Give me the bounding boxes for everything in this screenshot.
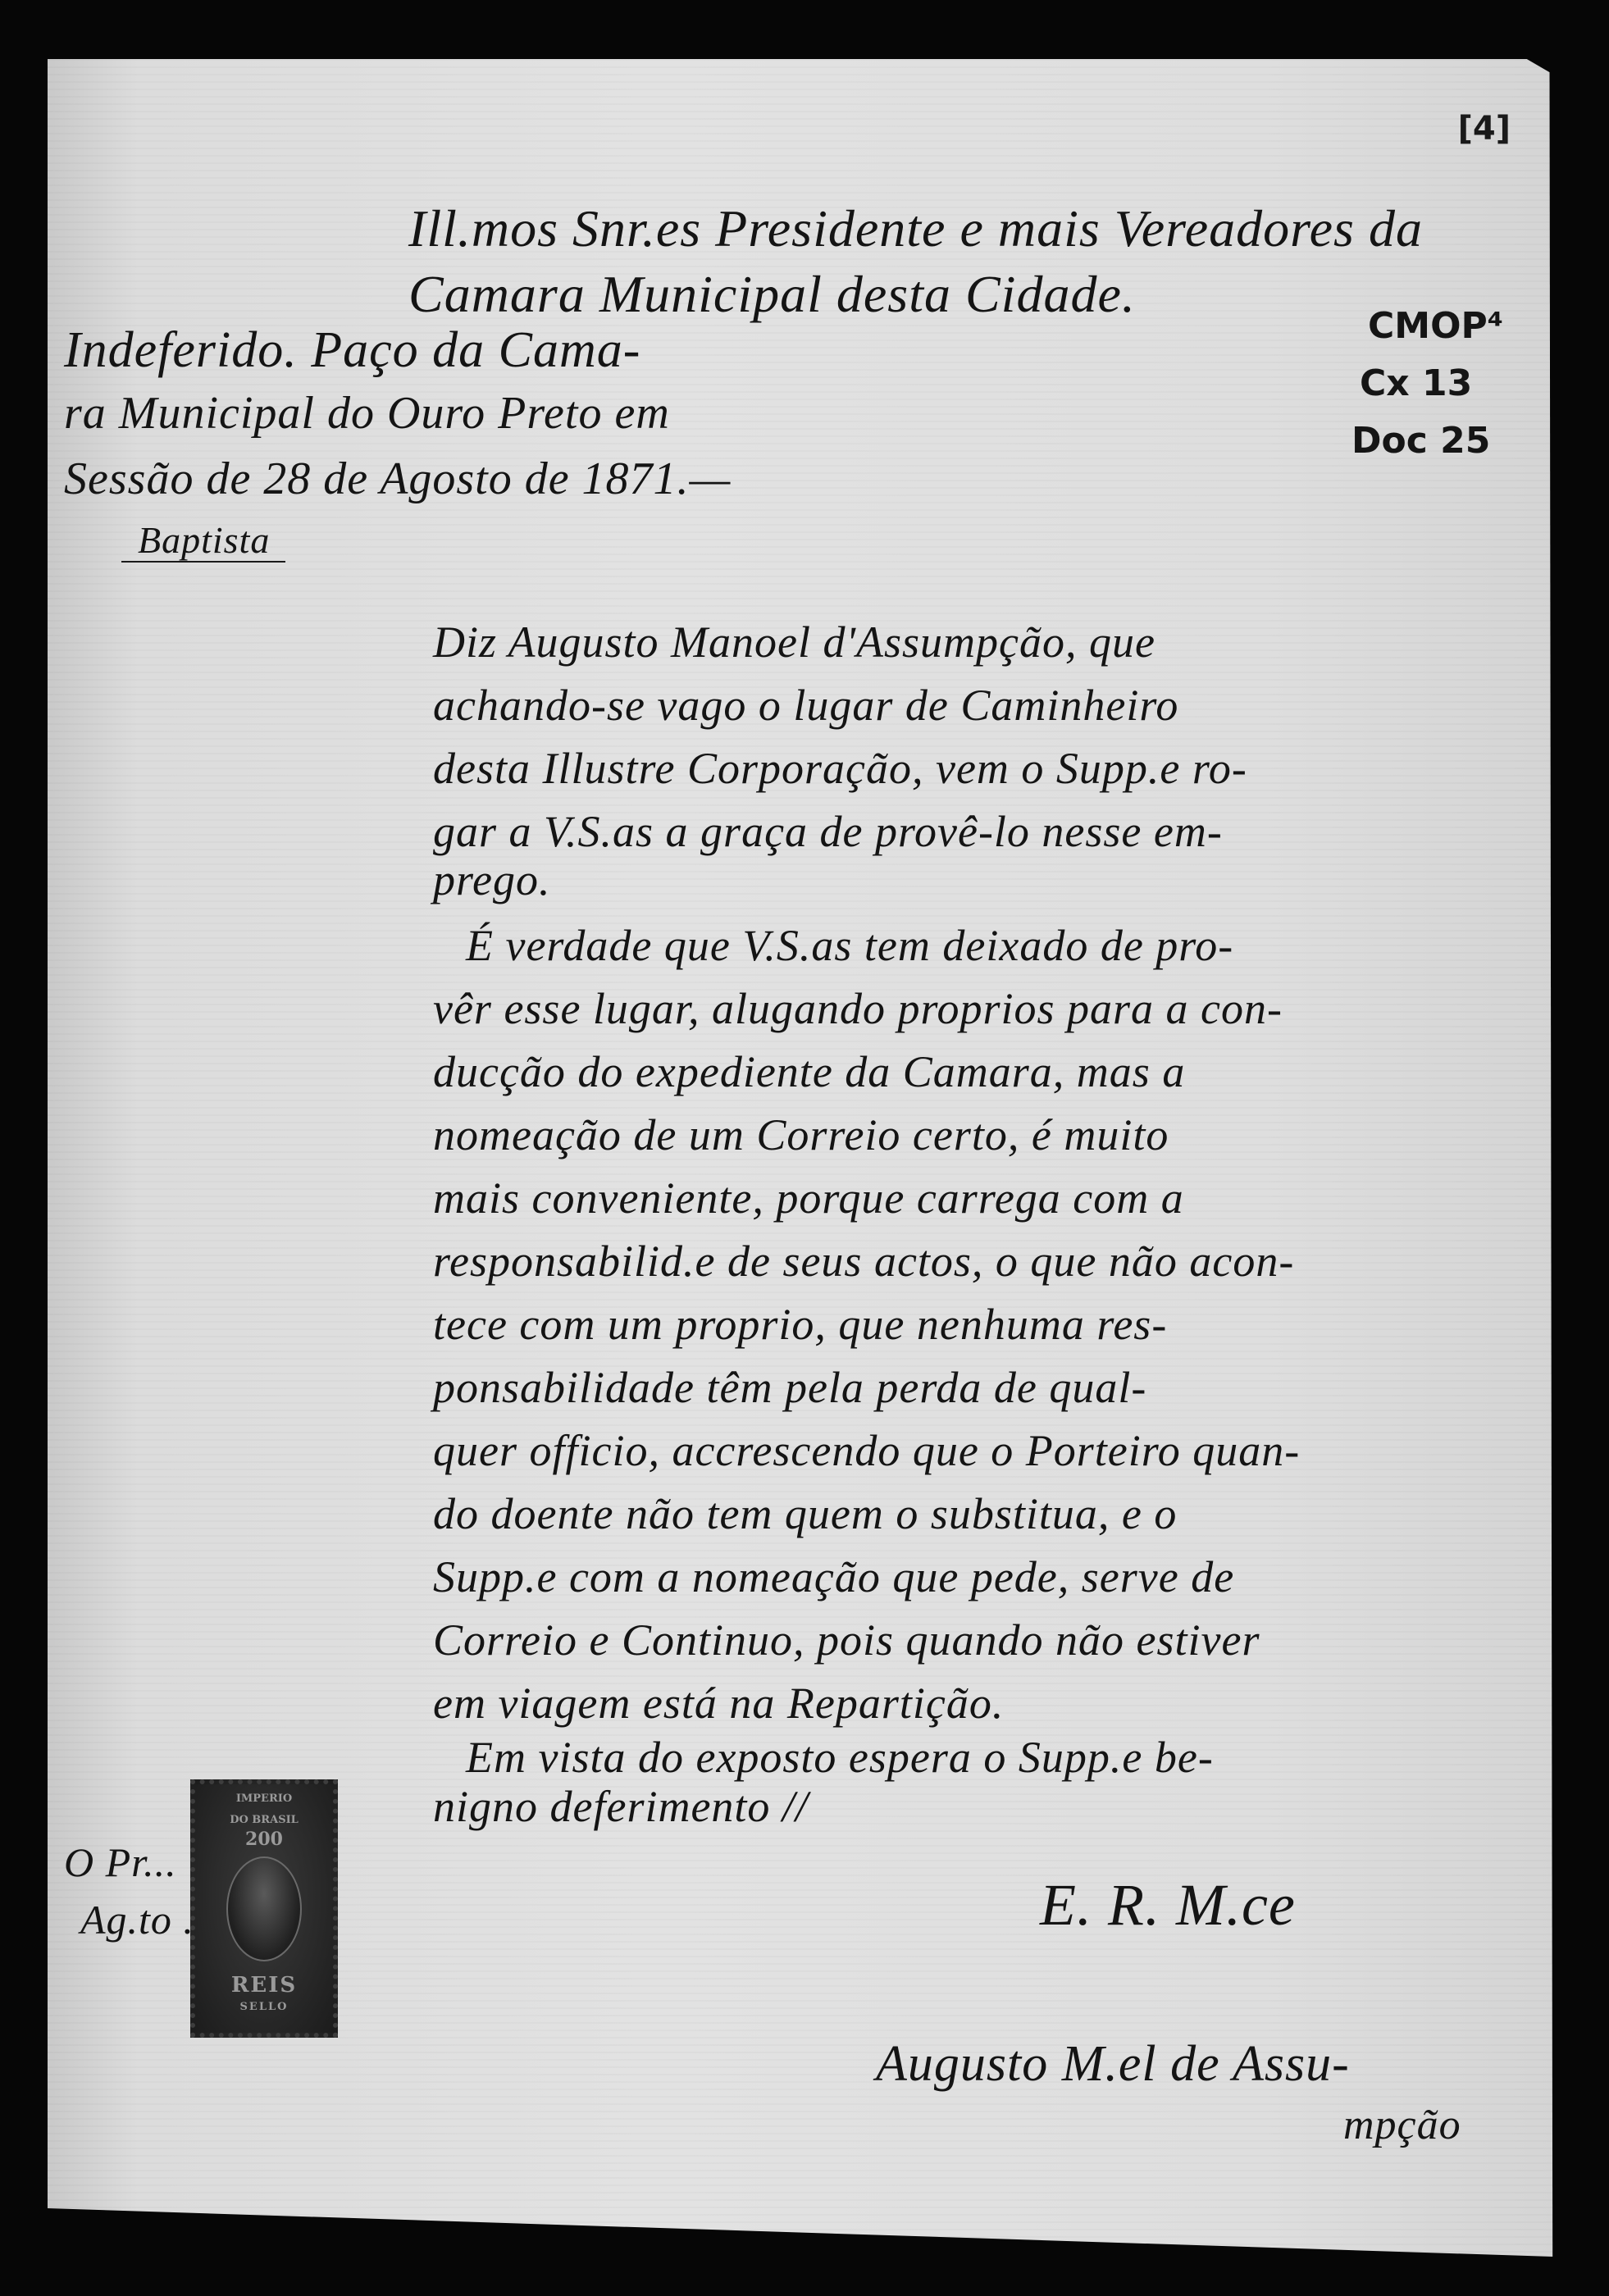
addressee-line-1: Ill.mos Snr.es Presidente e mais Vereado…: [408, 198, 1423, 259]
emperor-portrait-icon: [226, 1856, 302, 1961]
archive-ref-fund: CMOP⁴: [1368, 305, 1503, 347]
body-line-5: prego.: [433, 854, 550, 905]
body-line-4: gar a V.S.as a graça de provê-lo nesse e…: [433, 806, 1223, 857]
body-line-16: Supp.e com a nomeação que pede, serve de: [433, 1551, 1234, 1602]
body-line-8: ducção do expediente da Camara, mas a: [433, 1046, 1185, 1097]
body-line-18: em viagem está na Repartição.: [433, 1678, 1004, 1729]
body-line-13: ponsabilidade têm pela perda de qual-: [433, 1362, 1146, 1413]
body-line-10: mais conveniente, porque carrega com a: [433, 1173, 1184, 1223]
body-line-17: Correio e Continuo, pois quando não esti…: [433, 1615, 1260, 1665]
body-line-7: vêr esse lugar, alugando proprios para a…: [433, 983, 1283, 1034]
body-line-9: nomeação de um Correio certo, é muito: [433, 1109, 1169, 1160]
dispatch-line-2: ra Municipal do Ouro Preto em: [64, 387, 670, 440]
body-line-11: responsabilid.e de seus actos, o que não…: [433, 1236, 1294, 1287]
stamp-currency: REIS: [195, 1973, 333, 1998]
signature-line-1: Augusto M.el de Assu-: [876, 2035, 1350, 2093]
body-line-1: Diz Augusto Manoel d'Assumpção, que: [433, 617, 1155, 667]
body-line-15: do doente não tem quem o substitua, e o: [433, 1488, 1177, 1539]
body-line-14: quer officio, accrescendo que o Porteiro…: [433, 1425, 1300, 1476]
body-line-19: Em vista do exposto espera o Supp.e be-: [466, 1732, 1214, 1783]
body-line-6: É verdade que V.S.as tem deixado de pro-: [466, 920, 1233, 971]
body-line-20: nigno deferimento //: [433, 1781, 809, 1832]
body-line-3: desta Illustre Corporação, vem o Supp.e …: [433, 743, 1247, 794]
revenue-stamp: IMPERIO DO BRASIL 200 REIS SELLO: [190, 1779, 338, 2038]
stamp-value: 200: [195, 1829, 333, 1850]
body-line-2: achando-se vago o lugar de Caminheiro: [433, 680, 1178, 731]
stamp-note-line-1: O Pr...: [64, 1838, 177, 1886]
closing-formula: E. R. M.ce: [1040, 1871, 1296, 1939]
dispatch-signature: Baptista: [138, 518, 270, 562]
addressee-line-2: Camara Municipal desta Cidade.: [408, 264, 1136, 325]
archive-ref-doc: Doc 25: [1351, 420, 1490, 462]
signature-line-2: mpção: [1343, 2101, 1461, 2149]
dispatch-line-1: Indeferido. Paço da Cama-: [64, 321, 640, 380]
stamp-bottom-text: SELLO: [195, 2001, 333, 2013]
dispatch-line-3: Sessão de 28 de Agosto de 1871.—: [64, 453, 731, 505]
stamp-top-text-1: IMPERIO: [195, 1793, 333, 1806]
archive-ref-box: Cx 13: [1360, 362, 1472, 404]
stamp-top-text-2: DO BRASIL: [195, 1814, 333, 1827]
dispatch-signature-rule: [121, 561, 285, 563]
folio-number: [4]: [1458, 110, 1511, 148]
body-line-12: tece com um proprio, que nenhuma res-: [433, 1299, 1167, 1350]
